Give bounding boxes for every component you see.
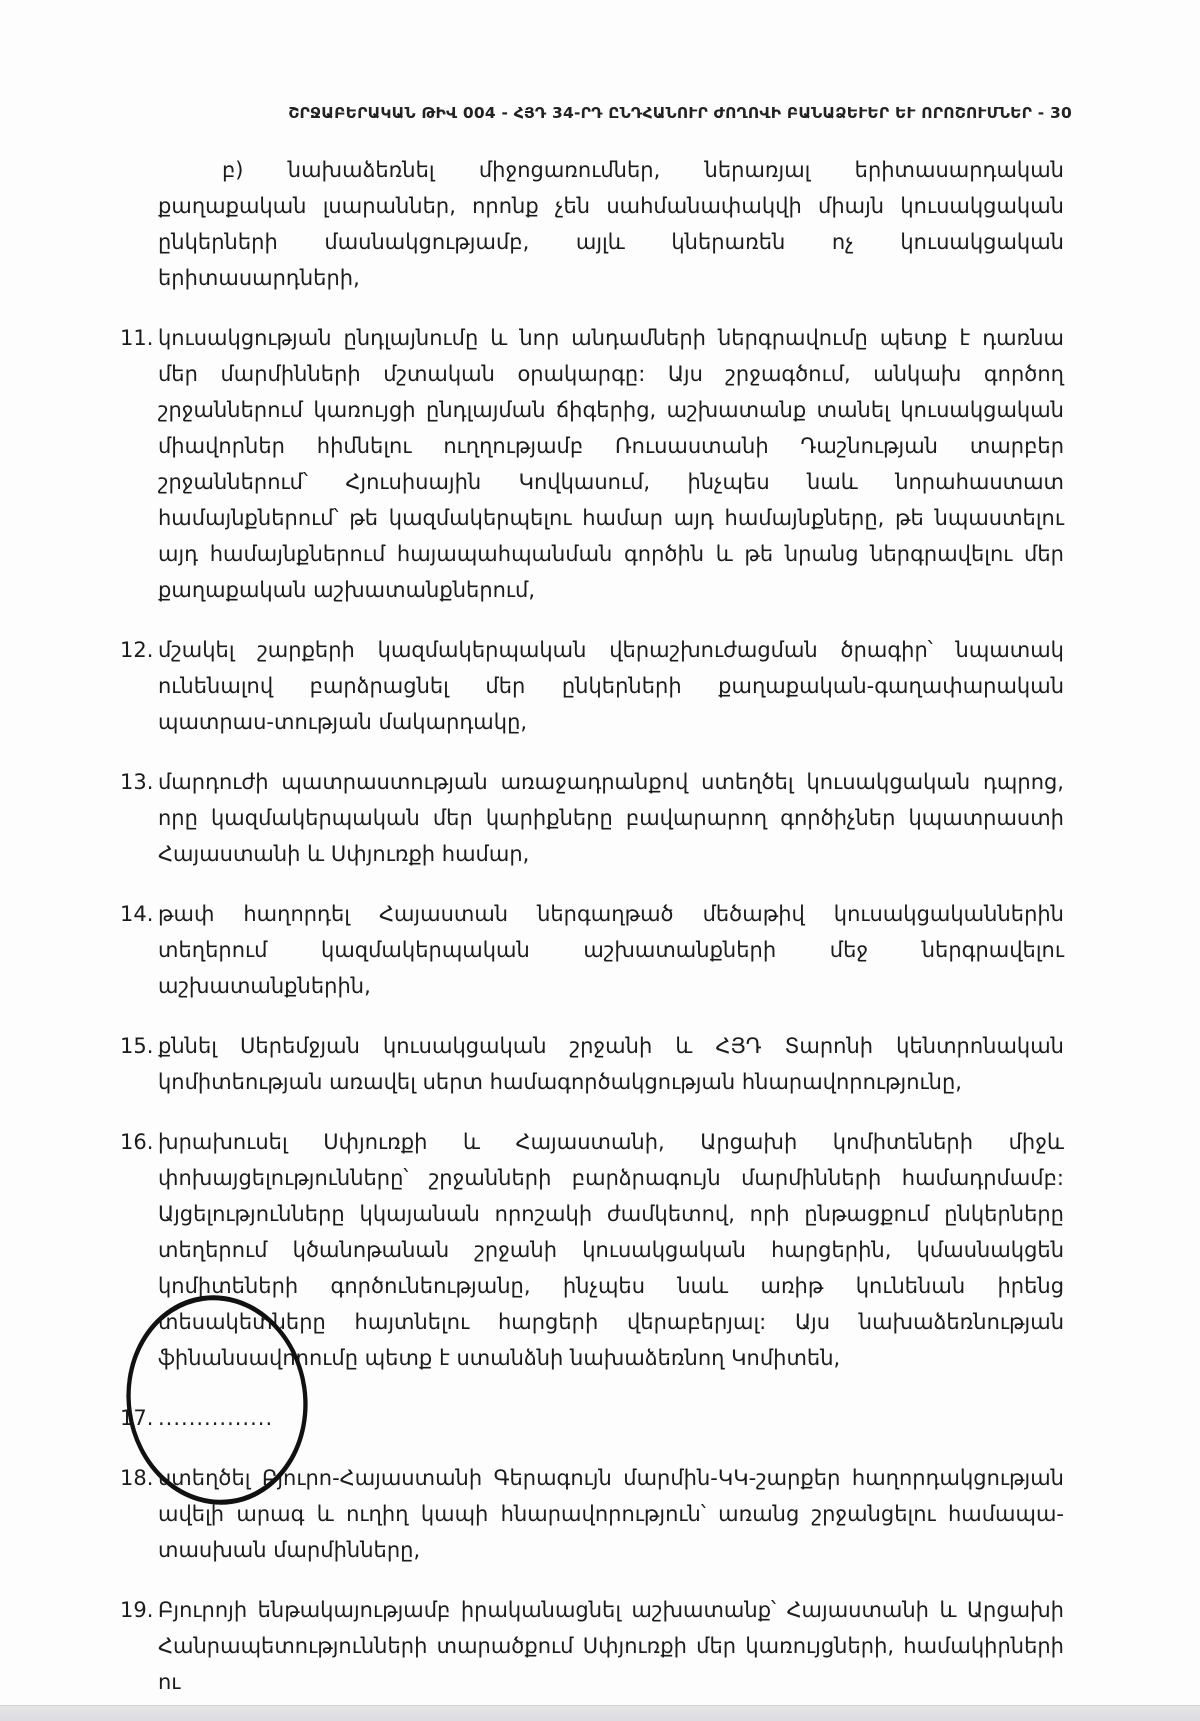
- subpoint-label: բ): [222, 158, 244, 182]
- item-text: խրախուսել Սփյուռքի և Հայաստանի, Արցախի կ…: [158, 1130, 1064, 1370]
- subpoint-text: նախաձեռնել միջոցառումներ, ներառյալ երիտա…: [158, 158, 1064, 290]
- list-item-13: 13. մարդուժի պատրաստության առաջադրանքով …: [120, 764, 1064, 872]
- item-text: քննել Սերեմջյան կուսակցական շրջանի և ՀՅԴ…: [158, 1034, 1064, 1094]
- item-number: 12.: [120, 632, 153, 668]
- item-number: 14.: [120, 896, 153, 932]
- item-number: 13.: [120, 764, 153, 800]
- list-item-19: 19. Բյուրոյի ենթակայությամբ իրականացնել …: [120, 1592, 1064, 1700]
- item-text: մարդուժի պատրաստության առաջադրանքով ստեղ…: [158, 770, 1064, 866]
- document-page: ՇՐՋԱԲԵՐԱԿԱՆ ԹԻՎ 004 - ՀՅԴ 34-ՐԴ ԸՆԴՀԱՆՈՒ…: [0, 0, 1200, 1700]
- running-header: ՇՐՋԱԲԵՐԱԿԱՆ ԹԻՎ 004 - ՀՅԴ 34-ՐԴ ԸՆԴՀԱՆՈՒ…: [288, 104, 1072, 122]
- item-number: 19.: [120, 1592, 153, 1628]
- item-number: 11.: [120, 320, 153, 356]
- list-item-11: 11. կուսակցության ընդլայնումը և նոր անդա…: [120, 320, 1064, 608]
- item-number: 16.: [120, 1124, 153, 1160]
- item-text: ստեղծել Բյուրո-Հայաստանի Գերագույն մարմի…: [158, 1466, 1064, 1562]
- item-number: 15.: [120, 1028, 153, 1064]
- subpoint-b: բ) նախաձեռնել միջոցառումներ, ներառյալ եր…: [158, 152, 1064, 296]
- list-item-12: 12. մշակել շարքերի կազմակերպական վերաշխո…: [120, 632, 1064, 740]
- item-text: կուսակցության ընդլայնումը և նոր անդամներ…: [158, 326, 1064, 602]
- item-text: Բյուրոյի ենթակայությամբ իրականացնել աշխա…: [158, 1598, 1064, 1694]
- item-text: մշակել շարքերի կազմակերպական վերաշխուժաց…: [158, 638, 1064, 734]
- viewer-bottom-bar: [0, 1705, 1200, 1721]
- list-item-14: 14. թափ հաղորդել Հայաստան ներգաղթած մեծա…: [120, 896, 1064, 1004]
- item-text: թափ հաղորդել Հայաստան ներգաղթած մեծաթիվ …: [158, 902, 1064, 998]
- list-item-15: 15. քննել Սերեմջյան կուսակցական շրջանի և…: [120, 1028, 1064, 1100]
